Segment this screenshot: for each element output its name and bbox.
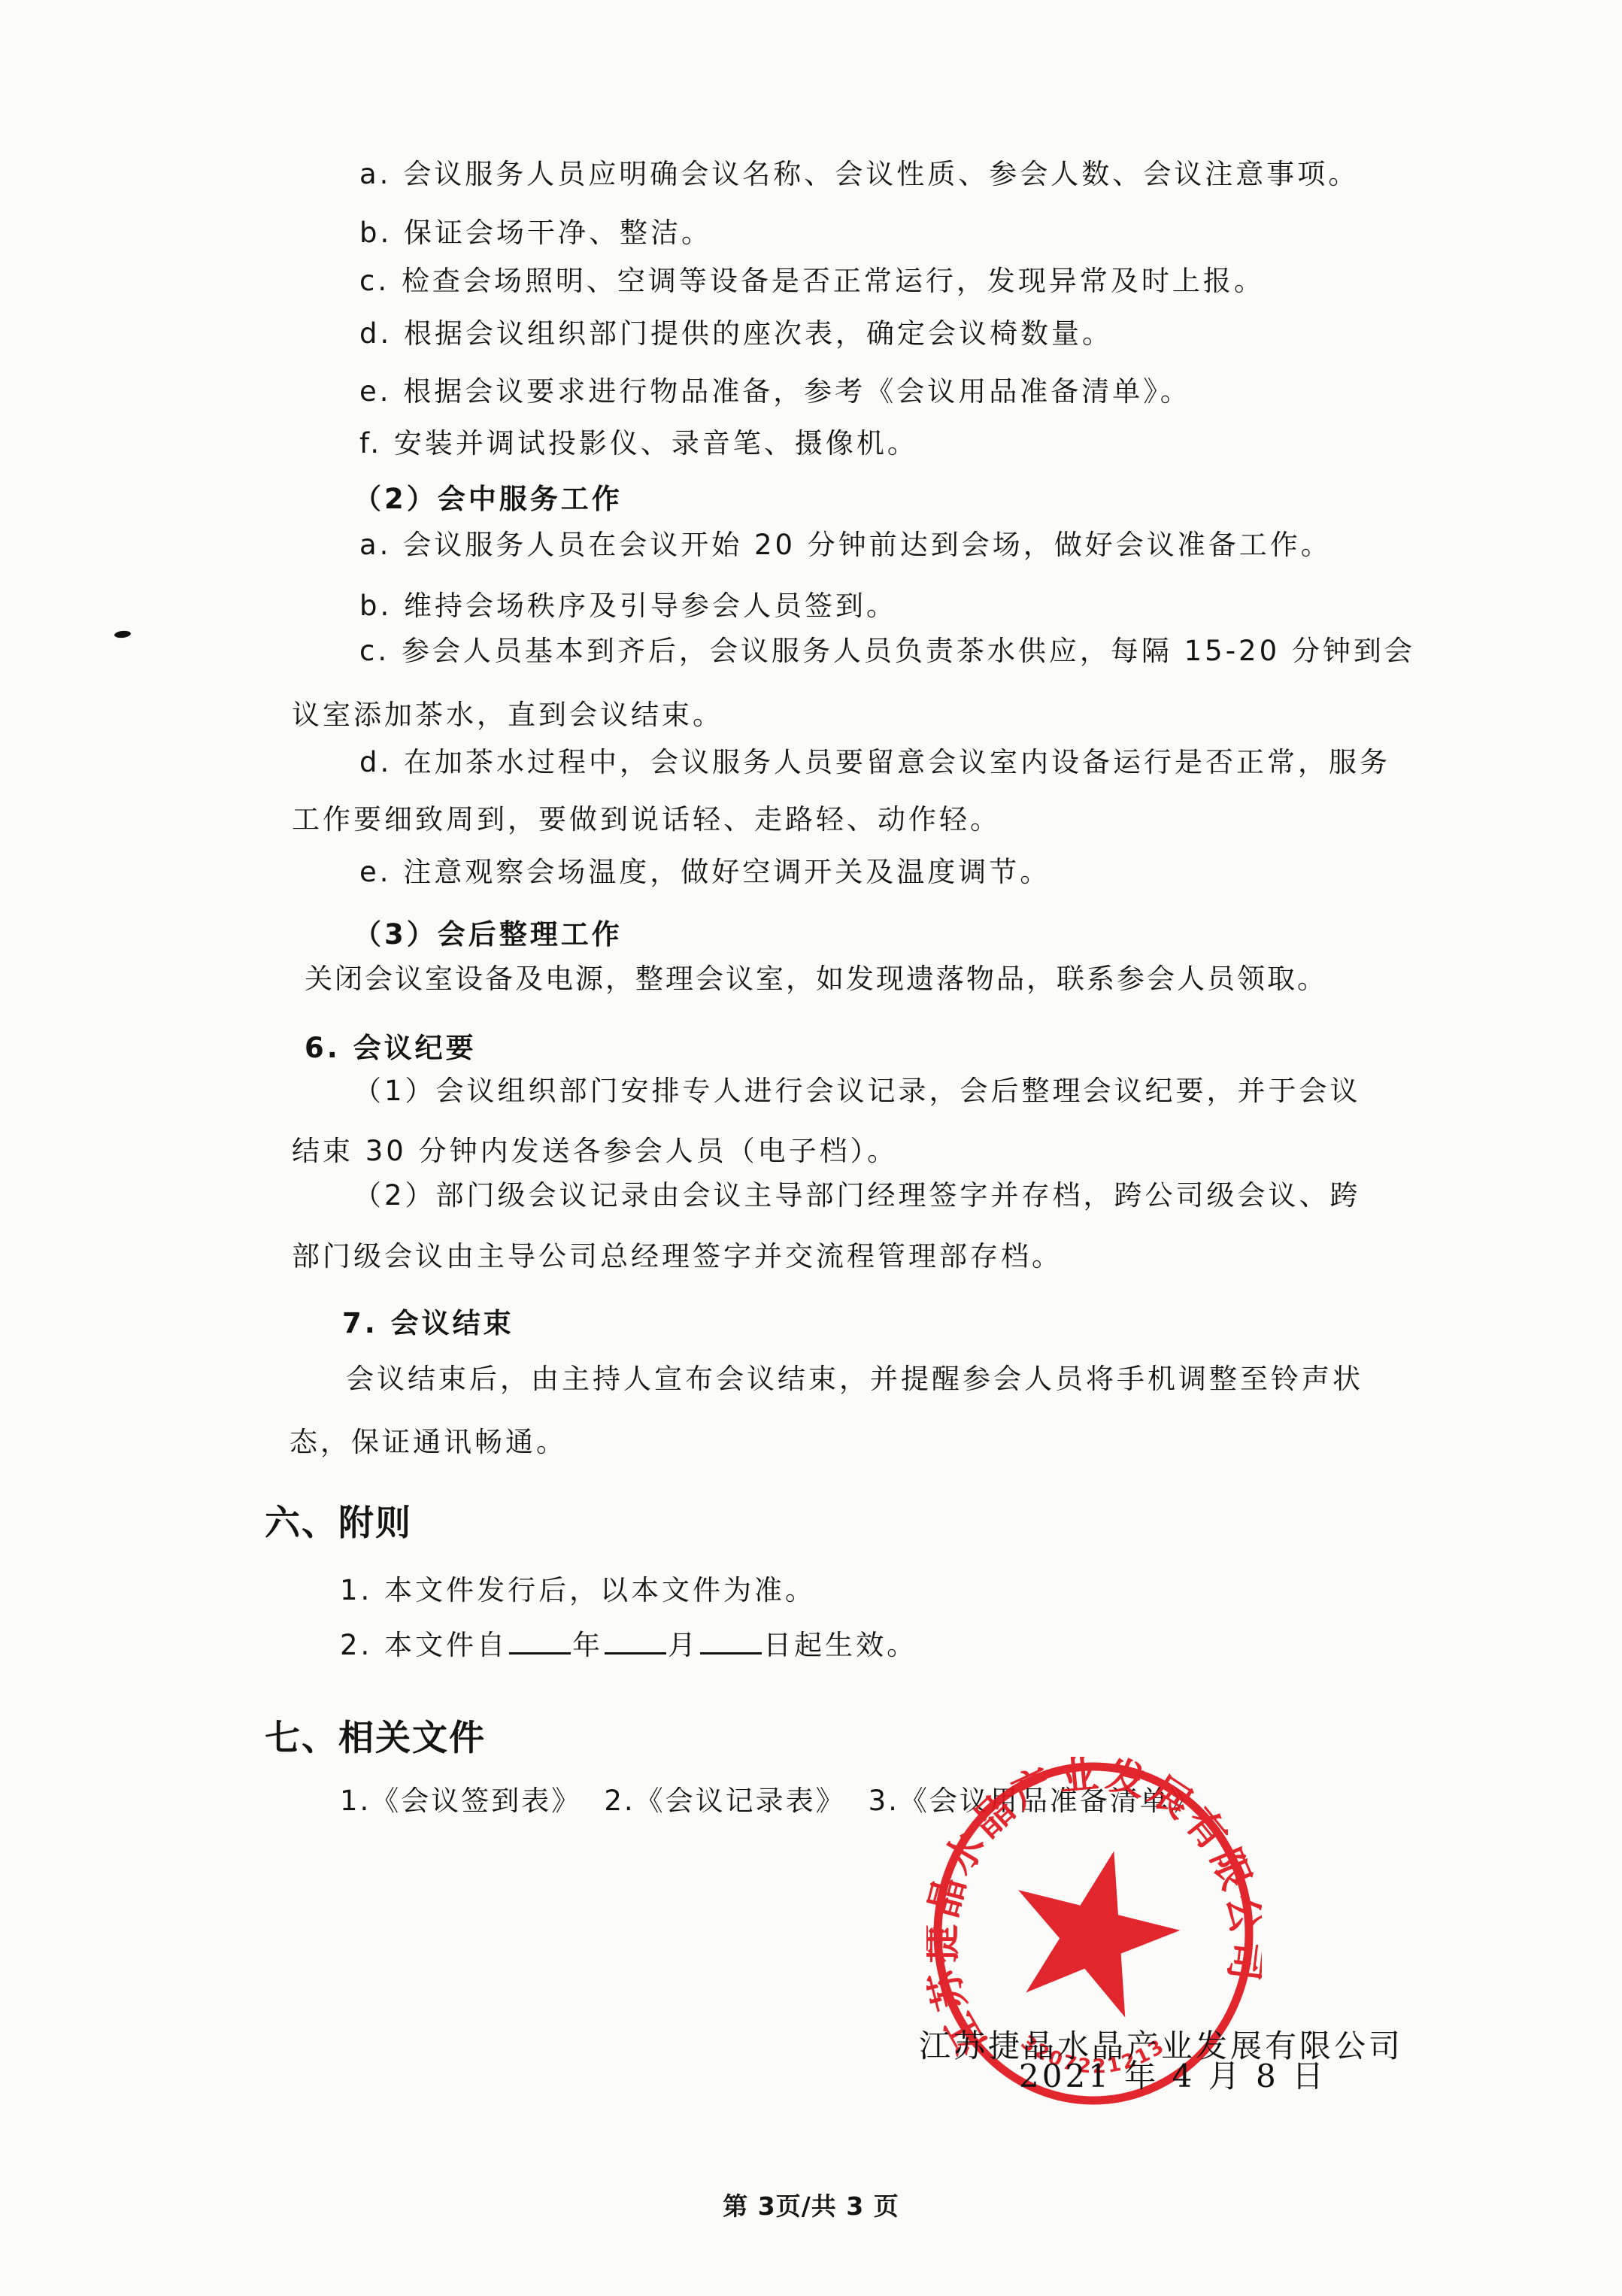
minutes-p1-line1: （1）会议组织部门安排专人进行会议记录，会后整理会议纪要，并于会议 xyxy=(353,1074,1361,1109)
related-doc-1: 1.《会议签到表》 xyxy=(340,1785,581,1817)
effective-date-prefix: 2. 本文件自 xyxy=(340,1629,508,1661)
minutes-heading: 6. 会议纪要 xyxy=(305,1031,477,1066)
closing-line1: 会议结束后，由主持人宣布会议结束，并提醒参会人员将手机调整至铃声状 xyxy=(346,1362,1363,1397)
related-doc-2: 2.《会议记录表》 xyxy=(604,1785,845,1817)
year-label: 年 xyxy=(572,1629,603,1661)
pre-item-e: e. 根据会议要求进行物品准备，参考《会议用品准备清单》。 xyxy=(359,375,1191,409)
in-item-a: a. 会议服务人员在会议开始 20 分钟前达到会场，做好会议准备工作。 xyxy=(359,528,1332,563)
minutes-p2-line1: （2）部门级会议记录由会议主导部门经理签字并存档，跨公司级会议、跨 xyxy=(353,1178,1361,1213)
month-blank xyxy=(605,1630,666,1655)
pre-item-b: b. 保证会场干净、整洁。 xyxy=(359,216,712,250)
year-blank xyxy=(509,1630,571,1655)
closing-heading: 7. 会议结束 xyxy=(342,1306,514,1341)
in-item-d-line2: 工作要细致周到，要做到说话轻、走路轻、动作轻。 xyxy=(292,802,1001,837)
in-item-c-line1: c. 参会人员基本到齐后，会议服务人员负责茶水供应，每隔 15-20 分钟到会 xyxy=(359,634,1415,669)
in-item-d-line1: d. 在加茶水过程中，会议服务人员要留意会议室内设备运行是否正常，服务 xyxy=(359,745,1390,780)
in-item-e: e. 注意观察会场温度，做好空调开关及温度调节。 xyxy=(359,855,1051,890)
post-meeting-heading: （3）会后整理工作 xyxy=(353,917,623,952)
supplementary-heading: 六、附则 xyxy=(265,1503,412,1545)
related-docs-heading: 七、相关文件 xyxy=(265,1718,486,1760)
sign-date: 2021 年 4 月 8 日 xyxy=(1019,2052,1326,2097)
minutes-p1-line2: 结束 30 分钟内发送各参会人员（电子档）。 xyxy=(292,1134,898,1169)
page-number: 第 3页/共 3 页 xyxy=(0,2187,1622,2222)
supplementary-item-1: 1. 本文件发行后，以本文件为准。 xyxy=(340,1573,816,1608)
scan-speck xyxy=(114,630,132,638)
day-blank xyxy=(700,1630,762,1655)
pre-item-c: c. 检查会场照明、空调等设备是否正常运行，发现异常及时上报。 xyxy=(359,264,1265,299)
post-meeting-text: 关闭会议室设备及电源，整理会议室，如发现遗落物品，联系参会人员领取。 xyxy=(305,962,1327,996)
closing-line2: 态，保证通讯畅通。 xyxy=(290,1425,567,1460)
effective-date-suffix: 日起生效。 xyxy=(763,1629,917,1661)
pre-item-d: d. 根据会议组织部门提供的座次表，确定会议椅数量。 xyxy=(359,317,1113,351)
in-item-c-line2: 议室添加茶水，直到会议结束。 xyxy=(292,698,723,732)
pre-item-a: a. 会议服务人员应明确会议名称、会议性质、参会人数、会议注意事项。 xyxy=(359,157,1359,192)
pre-item-f: f. 安装并调试投影仪、录音笔、摄像机。 xyxy=(359,426,918,461)
minutes-p2-line2: 部门级会议由主导公司总经理签字并交流程管理部存档。 xyxy=(292,1239,1063,1274)
in-meeting-heading: （2）会中服务工作 xyxy=(353,482,623,517)
seal-star-icon xyxy=(995,1831,1195,2025)
in-item-b: b. 维持会场秩序及引导参会人员签到。 xyxy=(359,589,897,623)
supplementary-item-2: 2. 本文件自年月日起生效。 xyxy=(340,1628,917,1663)
month-label: 月 xyxy=(668,1629,699,1661)
